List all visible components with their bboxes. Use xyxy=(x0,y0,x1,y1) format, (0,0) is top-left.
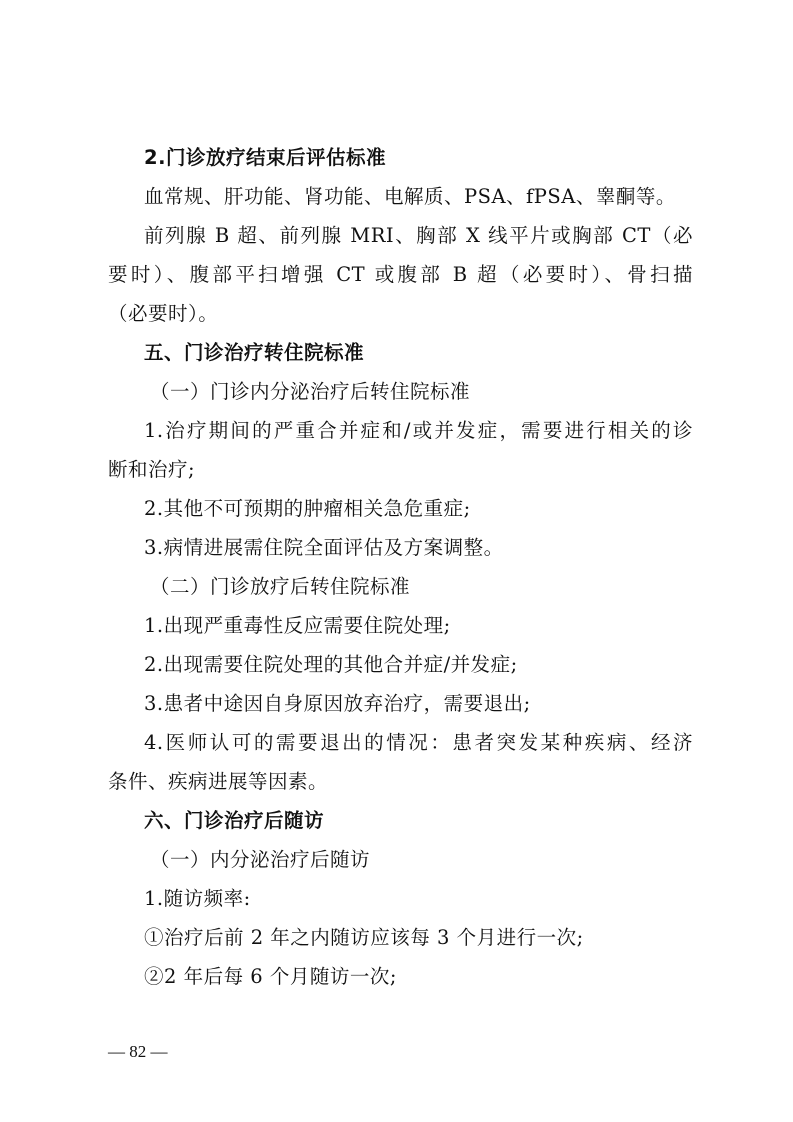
list-item-2: 2.出现需要住院处理的其他合并症/并发症; xyxy=(144,653,729,677)
subsection-heading-radiotherapy: （二）门诊放疗后转住院标准 xyxy=(150,575,735,599)
subsection-heading-endocrine: （一）门诊内分泌治疗后转住院标准 xyxy=(150,380,735,404)
paragraph-imaging-line1: 前列腺 B 超、前列腺 MRI、胸部 X 线平片或胸部 CT（必 xyxy=(144,224,693,248)
page-number: — 82 — xyxy=(108,1042,168,1062)
list-item-2: 2.其他不可预期的肿瘤相关急危重症; xyxy=(144,497,729,521)
section-heading-follow-up: 六、门诊治疗后随访 xyxy=(144,809,729,833)
subsection-heading-endocrine-follow-up: （一）内分泌治疗后随访 xyxy=(150,848,735,872)
list-item-frequency: 1.随访频率: xyxy=(144,887,729,911)
section-heading-radiotherapy-evaluation: 2.门诊放疗结束后评估标准 xyxy=(144,146,729,170)
list-item-circled-2: ②2 年后每 6 个月随访一次; xyxy=(144,965,729,989)
list-item-circled-1: ①治疗后前 2 年之内随访应该每 3 个月进行一次; xyxy=(144,926,729,950)
paragraph-imaging-line3: （必要时）。 xyxy=(108,302,693,326)
list-item-3: 3.病情进展需住院全面评估及方案调整。 xyxy=(144,536,729,560)
document-page: 2.门诊放疗结束后评估标准 血常规、肝功能、肾功能、电解质、PSA、fPSA、睾… xyxy=(0,0,793,1122)
section-heading-hospitalization-criteria: 五、门诊治疗转住院标准 xyxy=(144,341,729,365)
paragraph-lab-tests: 血常规、肝功能、肾功能、电解质、PSA、fPSA、睾酮等。 xyxy=(144,185,729,209)
list-item-3: 3.患者中途因自身原因放弃治疗，需要退出; xyxy=(144,692,729,716)
list-item-4-line1: 4.医师认可的需要退出的情况：患者突发某种疾病、经济 xyxy=(144,731,693,755)
paragraph-imaging-line2: 要时）、腹部平扫增强 CT 或腹部 B 超（必要时）、骨扫描 xyxy=(108,263,693,287)
list-item-1: 1.出现严重毒性反应需要住院处理; xyxy=(144,614,729,638)
list-item-1-line1: 1.治疗期间的严重合并症和/或并发症，需要进行相关的诊 xyxy=(144,419,693,443)
list-item-4-line2: 条件、疾病进展等因素。 xyxy=(108,770,693,794)
list-item-1-line2: 断和治疗; xyxy=(108,458,693,482)
